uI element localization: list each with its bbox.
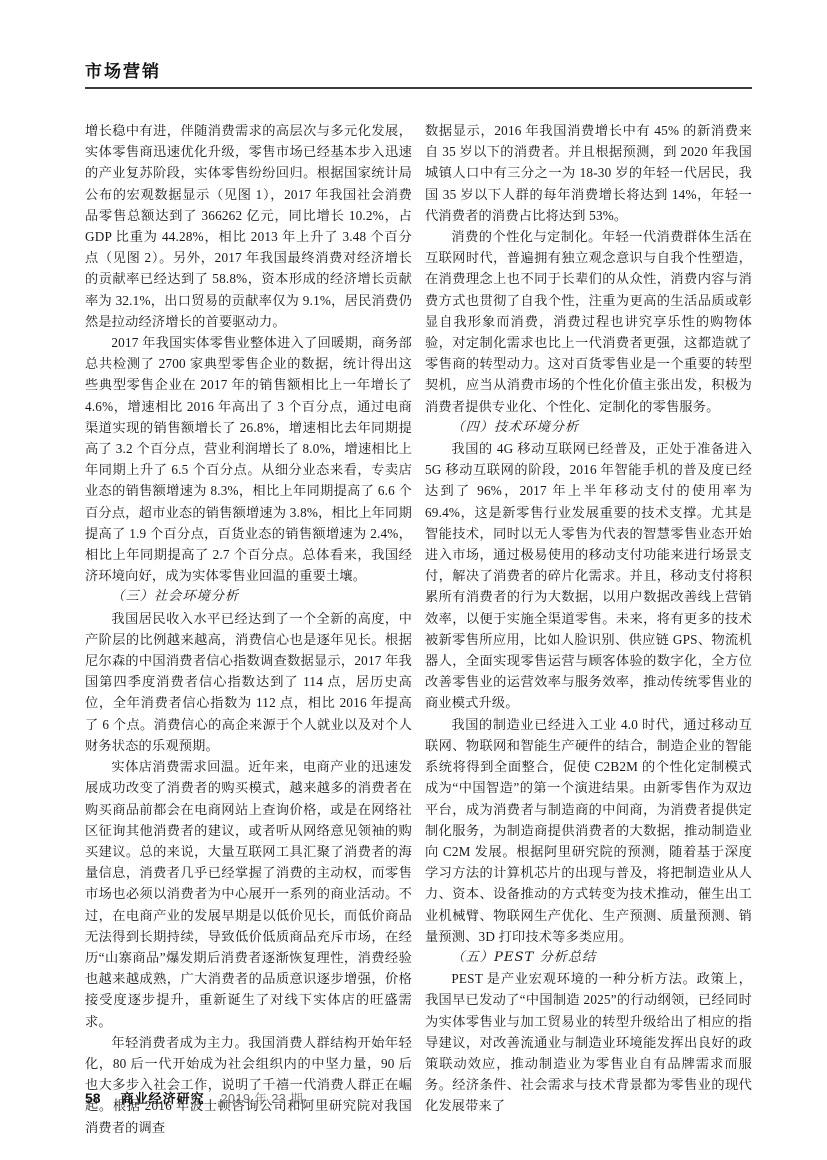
section-heading: （三）社会环境分析 <box>85 586 412 607</box>
paragraph: 数据显示，2016 年我国消费增长中有 45% 的新消费来自 35 岁以下的消费… <box>425 120 752 226</box>
section-title: 市场营销 <box>85 62 752 82</box>
journal-page: 市场营销 增长稳中有进，伴随消费需求的高层次与多元化发展，实体零售商迅速优化升级… <box>0 0 827 1160</box>
paragraph: 年轻消费者成为主力。我国消费人群结构开始年轻化，80 后一代开始成为社会组织内的… <box>85 1032 412 1138</box>
header-rule <box>85 87 752 89</box>
issue-label: 2019 年 23 期 <box>221 1089 304 1107</box>
section-heading: （五）PEST 分析总结 <box>425 947 752 968</box>
article-body: 增长稳中有进，伴随消费需求的高层次与多元化发展，实体零售商迅速优化升级，零售市场… <box>85 120 752 1138</box>
paragraph: 实体店消费需求回温。近年来，电商产业的迅速发展成功改变了消费者的购买模式，越来越… <box>85 756 412 1032</box>
left-column: 增长稳中有进，伴随消费需求的高层次与多元化发展，实体零售商迅速优化升级，零售市场… <box>85 120 412 1138</box>
section-heading: （四）技术环境分析 <box>425 417 752 438</box>
paragraph: 我国居民收入水平已经达到了一个全新的高度，中产阶层的比例越来越高，消费信心也是逐… <box>85 608 412 756</box>
paragraph: 我国的 4G 移动互联网已经普及，正处于准备进入 5G 移动互联网的阶段，201… <box>425 438 752 714</box>
journal-name: 商业经济研究 <box>121 1088 205 1107</box>
paragraph: 我国的制造业已经进入工业 4.0 时代，通过移动互联网、物联网和智能生产硬件的结… <box>425 714 752 947</box>
page-header: 市场营销 <box>85 62 752 89</box>
paragraph: 消费的个性化与定制化。年轻一代消费群体生活在互联网时代，普遍拥有独立观念意识与自… <box>425 226 752 417</box>
page-footer: 58 商业经济研究 2019 年 23 期 <box>85 1088 752 1107</box>
paragraph: 增长稳中有进，伴随消费需求的高层次与多元化发展，实体零售商迅速优化升级，零售市场… <box>85 120 412 332</box>
paragraph: 2017 年我国实体零售业整体进入了回暖期，商务部总共检测了 2700 家典型零… <box>85 332 412 586</box>
right-column: 数据显示，2016 年我国消费增长中有 45% 的新消费来自 35 岁以下的消费… <box>425 120 752 1138</box>
page-number: 58 <box>85 1090 101 1106</box>
